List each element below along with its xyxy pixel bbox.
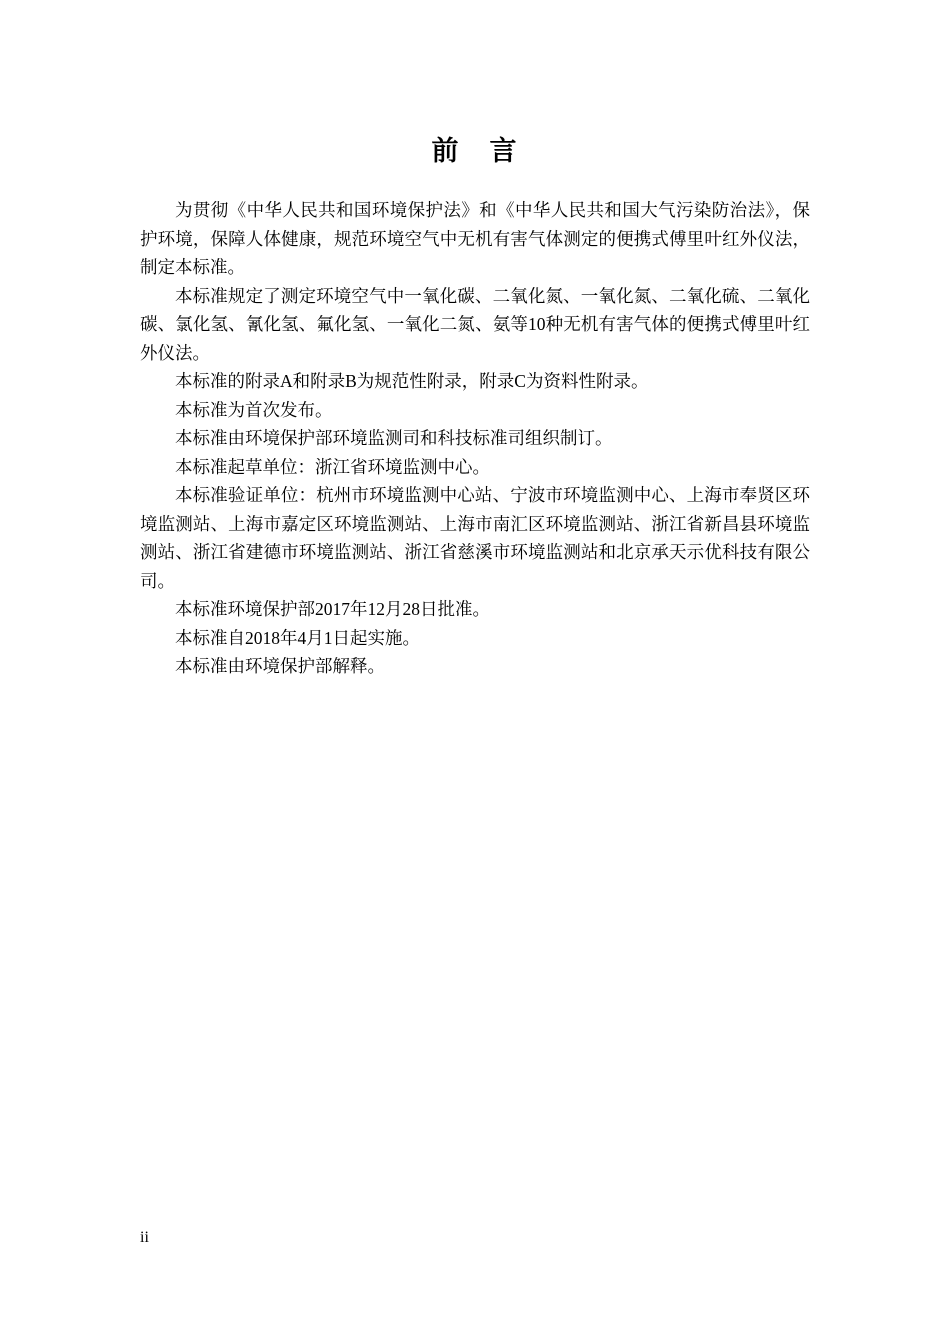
paragraph-organizer: 本标准由环境保护部环境监测司和科技标准司组织制订。 [140,424,810,453]
document-page: 前 言 为贯彻《中华人民共和国环境保护法》和《中华人民共和国大气污染防治法》，保… [0,0,950,1344]
paragraph-drafting-unit: 本标准起草单位：浙江省环境监测中心。 [140,453,810,482]
paragraph-appendix: 本标准的附录A和附录B为规范性附录，附录C为资料性附录。 [140,367,810,396]
page-number: ii [140,1228,149,1248]
page-title: 前 言 [0,0,950,166]
paragraph-approval-date: 本标准环境保护部2017年12月28日批准。 [140,595,810,624]
paragraph-first-release: 本标准为首次发布。 [140,396,810,425]
document-body: 为贯彻《中华人民共和国环境保护法》和《中华人民共和国大气污染防治法》，保护环境，… [140,196,810,681]
paragraph-scope: 本标准规定了测定环境空气中一氧化碳、二氧化氮、一氧化氮、二氧化硫、二氧化碳、氯化… [140,282,810,368]
paragraph-intro: 为贯彻《中华人民共和国环境保护法》和《中华人民共和国大气污染防治法》，保护环境，… [140,196,810,282]
paragraph-interpretation: 本标准由环境保护部解释。 [140,652,810,681]
paragraph-implementation-date: 本标准自2018年4月1日起实施。 [140,624,810,653]
paragraph-verification-units: 本标准验证单位：杭州市环境监测中心站、宁波市环境监测中心、上海市奉贤区环境监测站… [140,481,810,595]
